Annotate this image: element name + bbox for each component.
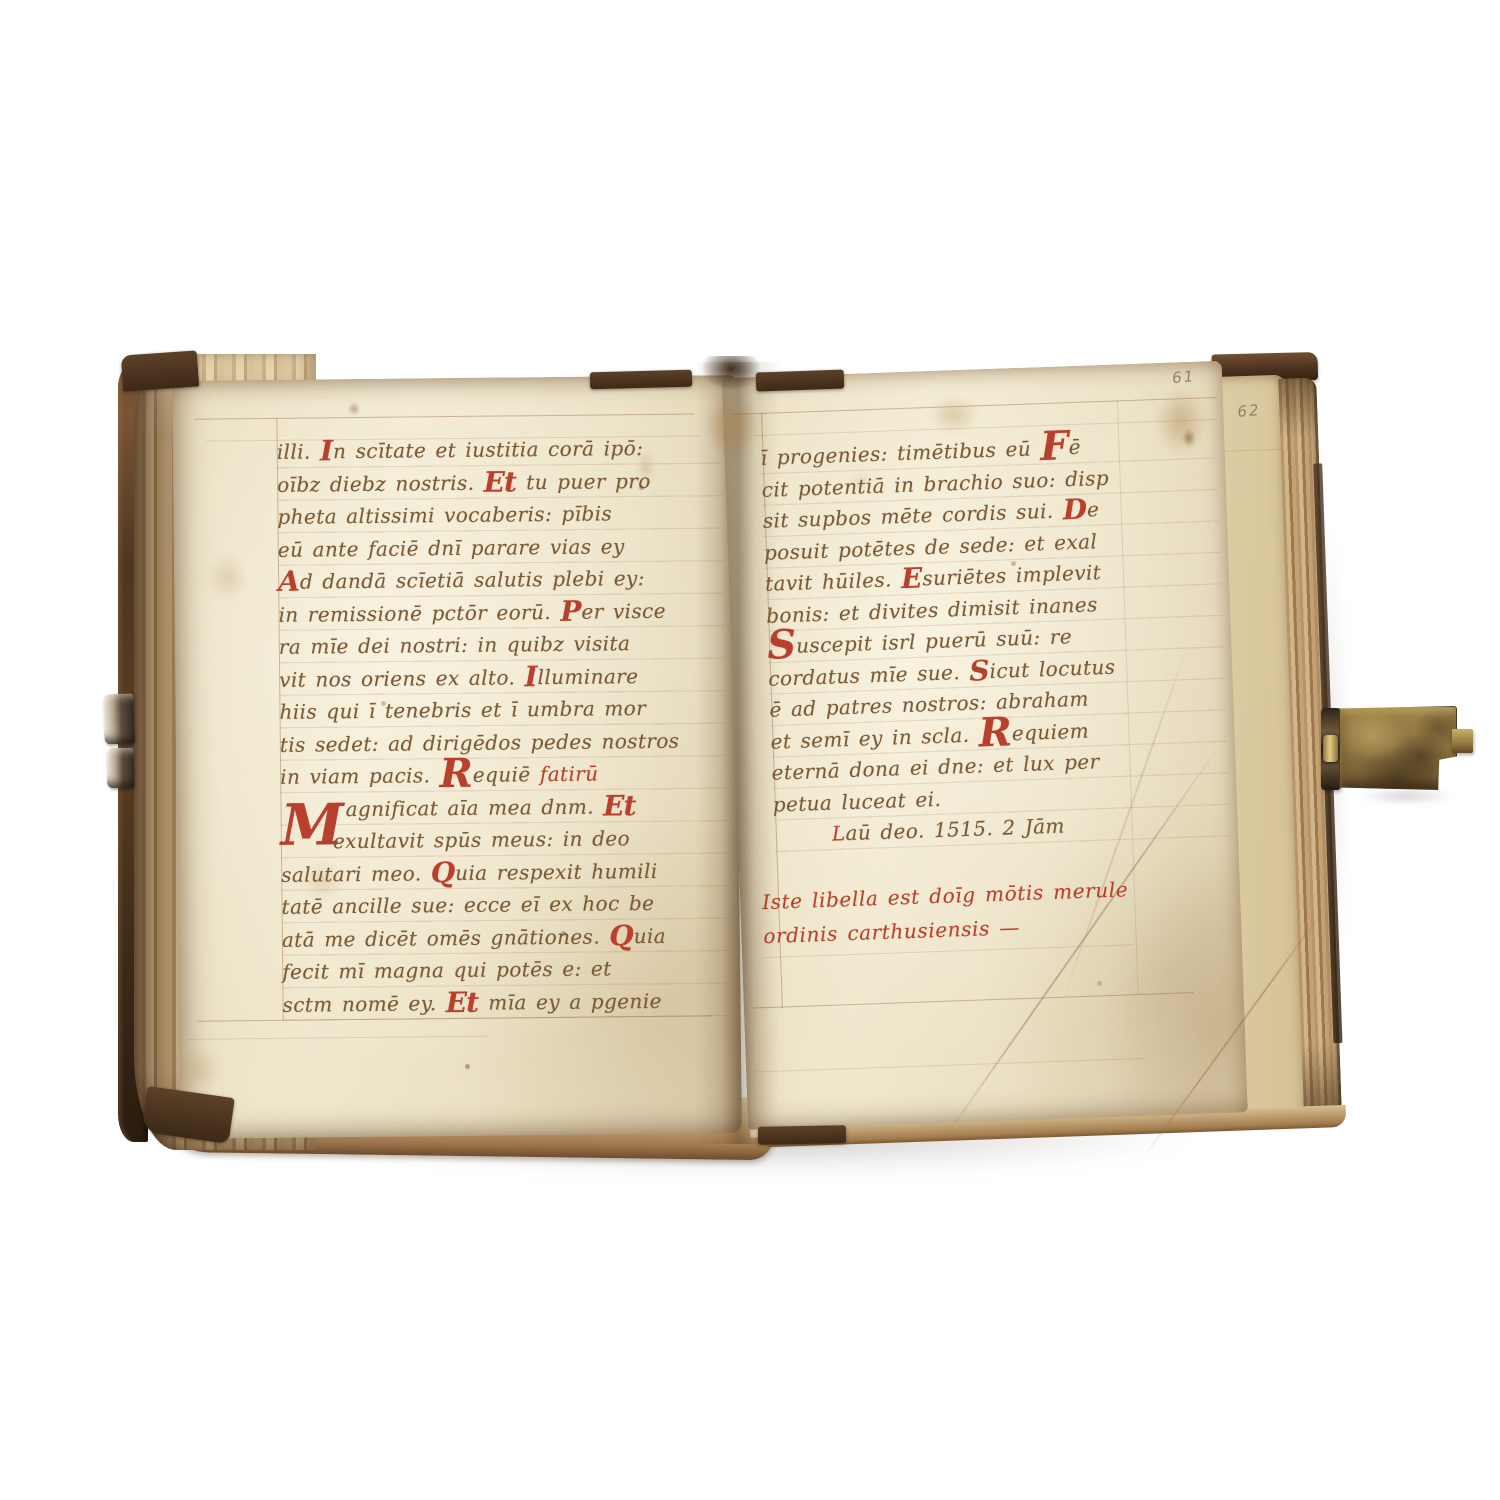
- ink-text: lluminare: [537, 664, 638, 689]
- ink-text: uia respexit humili: [455, 858, 658, 884]
- ink-text: illi.: [277, 439, 320, 463]
- stain: [346, 400, 362, 418]
- ink-text: pheta altissimi vocaberis: pībis: [277, 501, 612, 529]
- ink-text: equiē: [473, 762, 540, 787]
- ink-text: oībz diebz nostris.: [277, 470, 484, 496]
- ruling-line: [194, 413, 694, 419]
- ink-text: atā me dicēt omēs gnātiones.: [282, 924, 610, 951]
- ink-text: n scītate et iustitia corā ipō:: [333, 436, 643, 463]
- stain: [166, 1036, 232, 1102]
- manuscript-text-line: hiis qui ī tenebris et ī umbra mor: [279, 691, 725, 728]
- ink-text: icut locutus: [989, 654, 1116, 682]
- stain: [198, 544, 256, 610]
- ink-text: mīa ey a pgenie: [479, 988, 662, 1014]
- ink-text: et semī ey in scla.: [770, 722, 979, 753]
- ink-text: fecit mī magna qui potēs e: et: [282, 956, 612, 983]
- manuscript-text-line: eū ante faciē dnī parare vias ey: [278, 529, 724, 566]
- ink-text: vit nos oriens ex alto.: [279, 665, 525, 692]
- stain: [840, 468, 882, 496]
- manuscript-text-line: Ad dandā scīetiā salutis plebi ey:: [278, 561, 724, 598]
- manuscript-text-line: tis sedet: ad dirigēdos pedes nostros: [280, 724, 726, 761]
- clasp-tab: [1452, 729, 1473, 753]
- ink-text: cordatus mīe sue.: [768, 659, 970, 690]
- ink-text: equiem: [1011, 718, 1089, 745]
- ink-text: aū deo. 1515. 2 Jām: [845, 814, 1065, 846]
- manuscript-text-line: Magnificat aīa mea dnm. Et: [280, 789, 726, 826]
- parchment-speckles: [0, 0, 3, 3]
- catch-plate-lower: [107, 748, 135, 788]
- ink-text: ra mīe dei nostri: in quibz visita: [279, 631, 631, 659]
- right-page: 61 ī progenies: timētibus eū Fēcit poten…: [722, 361, 1248, 1130]
- gutter-shadow: [694, 362, 780, 1144]
- ink-text: uscepit isrl puerū suū: re: [796, 624, 1073, 658]
- manuscript-text-line: in remissionē pctōr eorū. Per visce: [278, 594, 724, 631]
- manuscript-text-line: in viam pacis. Requiē fatirū: [280, 756, 726, 793]
- stain: [692, 380, 772, 472]
- manuscript-text-line: vit nos oriens ex alto. Illuminare: [279, 659, 725, 696]
- manuscript-text-line: fecit mī magna qui potēs e: et: [282, 951, 728, 988]
- cover-board-top-center-right: [756, 369, 845, 391]
- left-page-text: illi. In scītate et iustitia corā ipō:oī…: [277, 431, 729, 1021]
- stain: [918, 388, 990, 442]
- rubric-text: A: [278, 565, 299, 598]
- rubric-text: S: [969, 654, 989, 688]
- rubric-text: Q: [431, 856, 455, 889]
- ink-text: petua luceat ei.: [772, 786, 941, 816]
- cover-board-top-left: [121, 350, 199, 391]
- stain: [290, 852, 356, 910]
- ink-text: exultavit spūs meus: in deo: [333, 826, 630, 853]
- ink-text: eū ante faciē dnī parare vias ey: [278, 534, 625, 562]
- ink-text: sctm nomē ey.: [282, 991, 445, 1017]
- manuscript-photo: illi. In scītate et iustitia corā ipō:oī…: [0, 0, 1500, 1500]
- ink-text: tis sedet: ad dirigēdos pedes nostros: [280, 728, 680, 756]
- ink-text: in viam pacis.: [280, 763, 440, 789]
- rubric-text: D: [1062, 493, 1086, 527]
- rubric-text: Et: [446, 985, 479, 1018]
- ink-text: in remissionē pctōr eorū.: [278, 599, 560, 626]
- rubric-text: R: [439, 750, 471, 797]
- ink-text: hiis qui ī tenebris et ī umbra mor: [279, 696, 646, 724]
- left-page: illi. In scītate et iustitia corā ipō:oī…: [172, 375, 742, 1139]
- right-page-text: ī progenies: timētibus eū Fēcit potentiā…: [760, 427, 1230, 852]
- rubric-text: Et: [483, 465, 516, 498]
- rubric-text: Q: [609, 919, 633, 952]
- ink-text: suriētes implevit: [922, 560, 1102, 590]
- rubric-text: L: [831, 821, 846, 845]
- ink-text: uia: [634, 923, 667, 947]
- clasp-hinge-pin: [1323, 735, 1338, 762]
- ink-text: agnificat aīa mea dnm.: [346, 794, 604, 821]
- cover-board-bottom-center: [758, 1125, 846, 1145]
- ruling-line: [187, 1036, 487, 1040]
- manuscript-text-line: exultavit spūs meus: in deo: [281, 821, 727, 858]
- ink-text: tavit hūiles.: [765, 567, 902, 596]
- manuscript-text-line: atā me dicēt omēs gnātiones. Quia: [282, 919, 728, 956]
- ink-text: sit supbos mēte cordis sui.: [762, 498, 1063, 532]
- rubric-text: Et: [603, 789, 636, 822]
- rubric-text: E: [900, 561, 921, 595]
- manuscript-text-line: pheta altissimi vocaberis: pībis: [277, 496, 723, 533]
- folio-number-62: 62: [1237, 401, 1262, 421]
- cover-board-top-center-left: [590, 370, 692, 390]
- manuscript-text-line: ra mīe dei nostri: in quibz visita: [279, 626, 725, 663]
- rubric-text: fatirū: [540, 762, 599, 787]
- rubric-text: I: [320, 434, 332, 467]
- ink-text: ī progenies: timētibus eū: [760, 436, 1040, 470]
- rubric-text: I: [524, 660, 536, 693]
- catch-plate-upper: [103, 693, 135, 744]
- stain: [1144, 374, 1218, 470]
- rubric-text: ordinis carthusiensis —: [763, 915, 1020, 948]
- stain: [1180, 426, 1198, 450]
- ink-text: tu puer pro: [517, 468, 651, 493]
- ink-text: ē: [1068, 435, 1081, 459]
- manuscript-text-line: sctm nomē ey. Et mīa ey a pgenie: [282, 984, 728, 1021]
- ink-text: er visce: [581, 598, 666, 623]
- ink-text: e: [1087, 497, 1100, 521]
- ink-text: d dandā scīetiā salutis plebi ey:: [300, 566, 645, 594]
- rubric-text: P: [560, 594, 580, 627]
- rubric-text: F: [1039, 422, 1067, 470]
- stain: [634, 444, 658, 488]
